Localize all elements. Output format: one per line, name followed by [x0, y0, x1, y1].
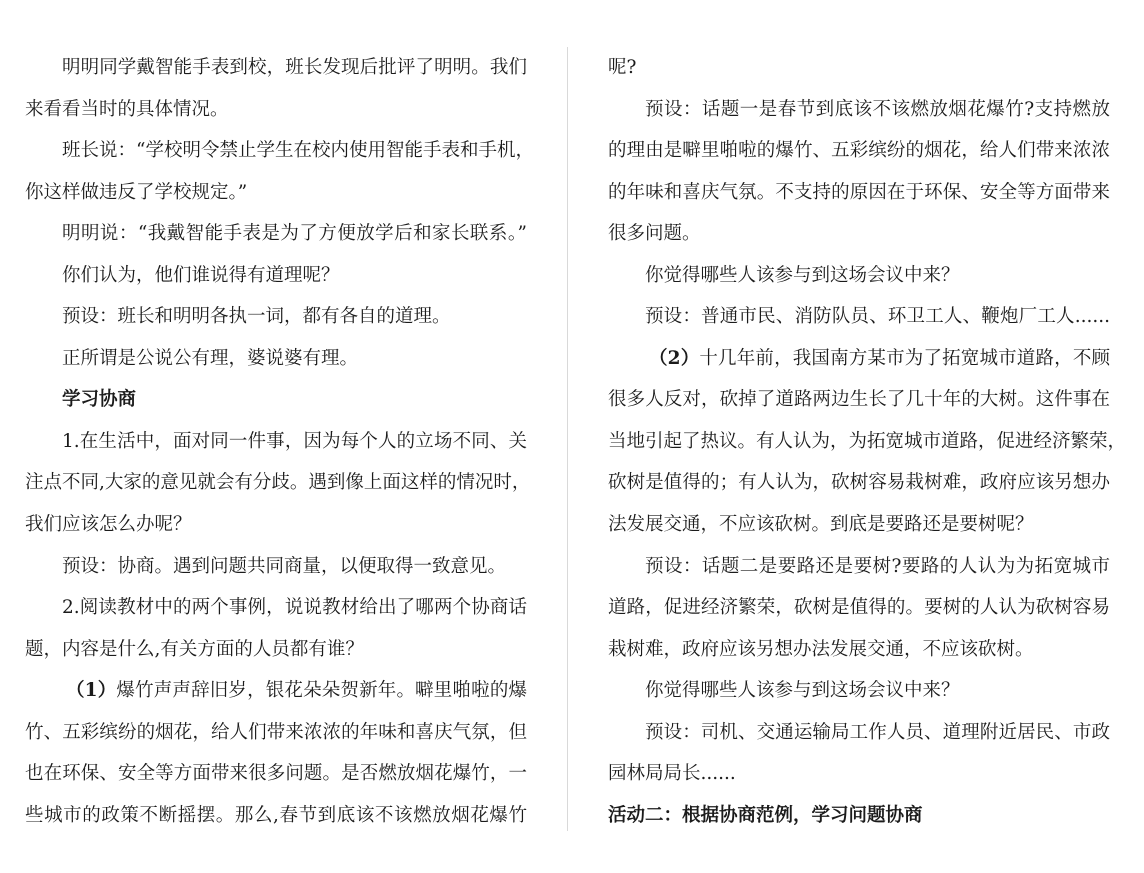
paragraph-line: 正所谓是公说公有理，婆说婆有理。: [25, 338, 527, 380]
paragraph-line: 我们应该怎么办呢？: [25, 504, 527, 546]
paragraph-line: 道路，促进经济繁荣，砍树是值得的。要树的人认为砍树容易: [608, 587, 1110, 629]
paragraph-line: 法发展交通，不应该砍树。到底是要路还是要树呢？: [608, 504, 1110, 546]
paragraph-line: 明明同学戴智能手表到校，班长发现后批评了明明。我们: [25, 47, 527, 89]
case-text: 十几年前，我国南方某市为了拓宽城市道路，不顾: [699, 348, 1110, 369]
activity-heading: 活动二：根据协商范例，学习问题协商: [608, 795, 1110, 837]
section-heading: 学习协商: [25, 379, 527, 421]
paragraph-line: 预设：协商。遇到问题共同商量，以便取得一致意见。: [25, 546, 527, 588]
paragraph-line: 呢?: [608, 47, 1110, 89]
paragraph-line: 你这样做违反了学校规定。”: [25, 172, 527, 214]
paragraph-line: 栽树难，政府应该另想办法发展交通，不应该砍树。: [608, 629, 1110, 671]
paragraph-line: 1.在生活中，面对同一件事，因为每个人的立场不同、关: [25, 421, 527, 463]
paragraph-line: （2）十几年前，我国南方某市为了拓宽城市道路，不顾: [608, 338, 1110, 380]
paragraph-line: 砍树是值得的；有人认为，砍树容易栽树难，政府应该另想办: [608, 462, 1110, 504]
paragraph-line: 2.阅读教材中的两个事例，说说教材给出了哪两个协商话: [25, 587, 527, 629]
paragraph-line: 你觉得哪些人该参与到这场会议中来？: [608, 255, 1110, 297]
document-page: 明明同学戴智能手表到校，班长发现后批评了明明。我们 来看看当时的具体情况。 班长…: [0, 0, 1144, 873]
paragraph-line: 来看看当时的具体情况。: [25, 89, 527, 131]
case-label: （2）: [649, 348, 699, 369]
paragraph-line: 明明说：“我戴智能手表是为了方便放学后和家长联系。”: [25, 213, 527, 255]
paragraph-line: 题，内容是什么,有关方面的人员都有谁？: [25, 629, 527, 671]
paragraph-line: 竹、五彩缤纷的烟花，给人们带来浓浓的年味和喜庆气氛，但: [25, 712, 527, 754]
paragraph-line: 的年味和喜庆气氛。不支持的原因在于环保、安全等方面带来: [608, 172, 1110, 214]
paragraph-line: （1）爆竹声声辞旧岁，银花朵朵贺新年。噼里啪啦的爆: [25, 670, 527, 712]
case-label: （1）: [66, 680, 116, 701]
paragraph-line: 当地引起了热议。有人认为，为拓宽城市道路，促进经济繁荣，: [608, 421, 1110, 463]
paragraph-line: 很多人反对，砍掉了道路两边生长了几十年的大树。这件事在: [608, 379, 1110, 421]
paragraph-line: 园林局局长......: [608, 753, 1110, 795]
paragraph-line: 预设：司机、交通运输局工作人员、道理附近居民、市政: [608, 712, 1110, 754]
right-column: 呢? 预设：话题一是春节到底该不该燃放烟花爆竹?支持燃放 的理由是噼里啪啦的爆竹…: [608, 47, 1110, 836]
paragraph-line: 注点不同,大家的意见就会有分歧。遇到像上面这样的情况时，: [25, 462, 527, 504]
left-column: 明明同学戴智能手表到校，班长发现后批评了明明。我们 来看看当时的具体情况。 班长…: [25, 47, 527, 836]
paragraph-line: 预设：话题二是要路还是要树?要路的人认为为拓宽城市: [608, 546, 1110, 588]
paragraph-line: 很多问题。: [608, 213, 1110, 255]
column-divider: [567, 47, 568, 831]
paragraph-line: 些城市的政策不断摇摆。那么,春节到底该不该燃放烟花爆竹: [25, 795, 527, 837]
paragraph-line: 的理由是噼里啪啦的爆竹、五彩缤纷的烟花，给人们带来浓浓: [608, 130, 1110, 172]
paragraph-line: 你们认为，他们谁说得有道理呢？: [25, 255, 527, 297]
paragraph-line: 也在环保、安全等方面带来很多问题。是否燃放烟花爆竹，一: [25, 753, 527, 795]
paragraph-line: 班长说：“学校明令禁止学生在校内使用智能手表和手机，: [25, 130, 527, 172]
paragraph-line: 你觉得哪些人该参与到这场会议中来？: [608, 670, 1110, 712]
paragraph-line: 预设：班长和明明各执一词，都有各自的道理。: [25, 296, 527, 338]
paragraph-line: 预设：普通市民、消防队员、环卫工人、鞭炮厂工人......: [608, 296, 1110, 338]
paragraph-line: 预设：话题一是春节到底该不该燃放烟花爆竹?支持燃放: [608, 89, 1110, 131]
case-text: 爆竹声声辞旧岁，银花朵朵贺新年。噼里啪啦的爆: [116, 680, 527, 701]
